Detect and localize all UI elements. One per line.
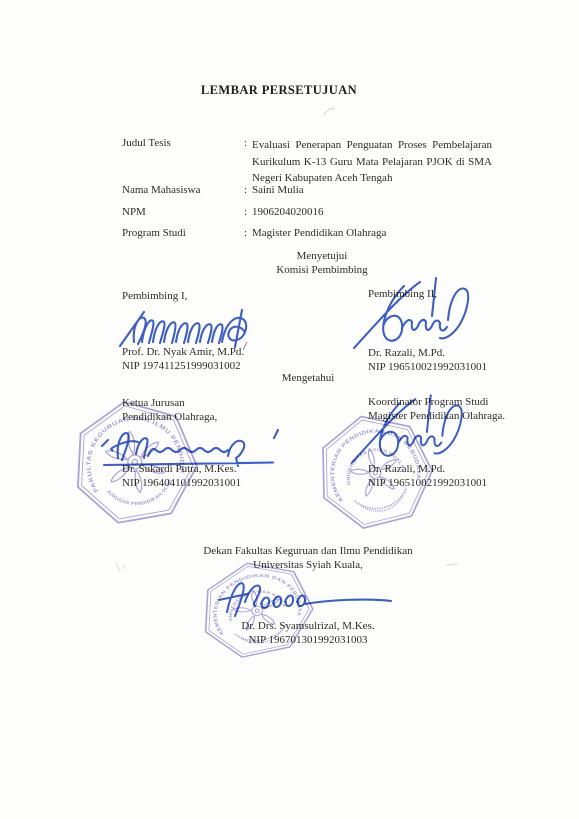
svg-text:UNIVERSITAS SYIAH KUALA: UNIVERSITAS SYIAH KUALA	[223, 583, 288, 621]
signature-syamsulrizal	[213, 576, 398, 618]
koordinator-nip: NIP 196510021992031001	[368, 477, 487, 491]
dean-role-line2: Universitas Syiah Kuala,	[158, 559, 458, 573]
scan-artifact-left	[114, 560, 128, 574]
judul-label: Judul Tesis	[122, 137, 171, 151]
judul-value: Evaluasi Penerapan Penguatan Proses Pemb…	[252, 137, 492, 187]
prodi-colon: :	[244, 227, 247, 241]
judul-colon: :	[244, 137, 247, 151]
judul-line-2: Kurikulum K-13 Guru Mata Pelajaran PJOK …	[252, 154, 492, 171]
approval-heading-line1: Menyetujui	[197, 249, 447, 263]
nama-label: Nama Mahasiswa	[122, 184, 201, 198]
pembimbing1-name: Prof. Dr. Nyak Amir, M.Pd.	[122, 346, 244, 360]
koordinator-role-line2: Magister Pendidikan Olahraga.	[368, 410, 505, 424]
ketua-role-line2: Pendidikan Olahraga,	[122, 411, 217, 425]
pembimbing2-name: Dr. Razali, M.Pd.	[368, 347, 487, 361]
pembimbing2-identity: Dr. Razali, M.Pd. NIP 196510021992031001	[368, 347, 487, 375]
acknowledge-heading: Mengetahui	[183, 372, 433, 386]
pembimbing1-identity: Prof. Dr. Nyak Amir, M.Pd. NIP 197411251…	[122, 346, 244, 374]
approval-heading-line2: Komisi Pembimbing	[197, 263, 447, 277]
ketua-role-line1: Ketua Jurusan	[122, 397, 217, 411]
npm-value: 1906204020016	[252, 206, 324, 220]
npm-colon: :	[244, 206, 247, 220]
page-title: LEMBAR PERSETUJUAN	[149, 84, 409, 98]
npm-label: NPM	[122, 206, 146, 220]
judul-line-1: Evaluasi Penerapan Penguatan Proses Pemb…	[252, 137, 492, 154]
ketua-role: Ketua Jurusan Pendidikan Olahraga,	[122, 397, 217, 425]
ketua-identity: Dr. Sukardi Putra, M.Kes. NIP 1964041019…	[122, 463, 241, 491]
koordinator-name: Dr. Razali, M.Pd.	[368, 463, 487, 477]
nama-colon: :	[244, 184, 247, 198]
dean-role: Dekan Fakultas Keguruan dan Ilmu Pendidi…	[158, 545, 458, 573]
koordinator-role-line1: Koordinator Program Studi	[368, 396, 505, 410]
prodi-label: Program Studi	[122, 227, 186, 241]
dean-role-line1: Dekan Fakultas Keguruan dan Ilmu Pendidi…	[158, 545, 458, 559]
ministry-stamp-program-fineprint-arc	[355, 488, 410, 514]
pembimbing2-role: Pembimbing II,	[368, 288, 437, 302]
prodi-value: Magister Pendidikan Olahraga	[252, 227, 386, 241]
scan-artifact-top	[322, 106, 336, 116]
dean-identity: Dr. Drs. Syamsulrizal, M.Kes. NIP 196701…	[158, 620, 458, 648]
koordinator-identity: Dr. Razali, M.Pd. NIP 196510021992031001	[368, 463, 487, 491]
document-page: LEMBAR PERSETUJUAN Judul Tesis : Evaluas…	[0, 0, 579, 819]
nama-value: Saini Mulia	[252, 184, 304, 198]
approval-heading: Menyetujui Komisi Pembimbing	[197, 249, 447, 277]
dean-name: Dr. Drs. Syamsulrizal, M.Kes.	[158, 620, 458, 634]
signature-sukardi-putra	[98, 424, 288, 468]
dean-nip: NIP 196701301992031003	[158, 634, 458, 648]
ministry-stamp-dean-inner-text: UNIVERSITAS SYIAH KUALA	[223, 583, 288, 621]
koordinator-role: Koordinator Program Studi Magister Pendi…	[368, 396, 505, 424]
signature-nyak-amir	[118, 306, 258, 348]
pembimbing1-role: Pembimbing I,	[122, 290, 187, 304]
ketua-name: Dr. Sukardi Putra, M.Kes.	[122, 463, 241, 477]
ketua-nip: NIP 196404101992031001	[122, 477, 241, 491]
